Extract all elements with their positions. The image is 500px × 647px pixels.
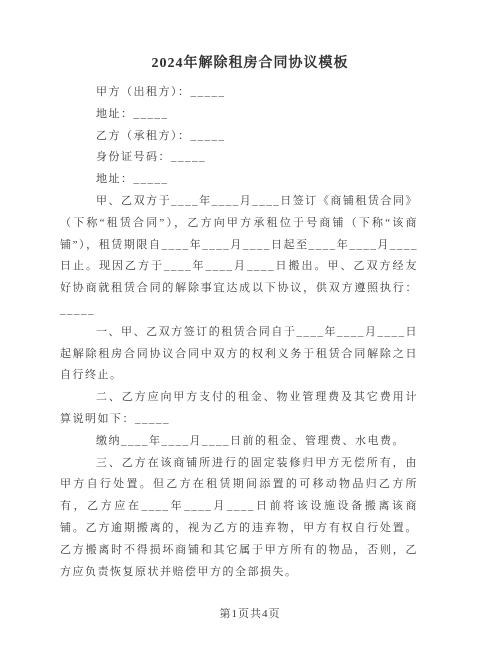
party-info-block: 甲方（出租方）：_____ 地址：_____ 乙方（承租方）：_____ 身份证… bbox=[60, 82, 418, 191]
page-number-footer: 第1页共4页 bbox=[0, 605, 500, 621]
document-page: 2024年解除租房合同协议模板 甲方（出租方）：_____ 地址：_____ 乙… bbox=[0, 0, 500, 647]
contract-paragraph-clause-3: 三、乙方在该商铺所进行的固定装修归甲方无偿所有，由甲方自行处置。但乙方在租赁期间… bbox=[60, 453, 418, 584]
party-line-landlord: 甲方（出租方）：_____ bbox=[60, 82, 418, 104]
contract-paragraph-intro: 甲、乙双方于____年____月____日签订《商铺租赁合同》（下称“租赁合同”… bbox=[60, 191, 418, 322]
party-line-tenant: 乙方（承租方）：_____ bbox=[60, 126, 418, 148]
party-line-landlord-address: 地址：_____ bbox=[60, 104, 418, 126]
contract-paragraph-payment: 缴纳____年____月____日前的租金、管理费、水电费。 bbox=[60, 431, 418, 453]
party-line-tenant-id: 身份证号码：_____ bbox=[60, 147, 418, 169]
party-line-tenant-address: 地址：_____ bbox=[60, 169, 418, 191]
contract-paragraph-clause-1: 一、甲、乙双方签订的租赁合同自于____年____月____日起解除租房合同协议… bbox=[60, 322, 418, 387]
document-title: 2024年解除租房合同协议模板 bbox=[0, 52, 500, 76]
document-body: 甲方（出租方）：_____ 地址：_____ 乙方（承租方）：_____ 身份证… bbox=[60, 82, 418, 583]
contract-paragraph-clause-2: 二、乙方应向甲方支付的租金、物业管理费及其它费用计算说明如下：_____ bbox=[60, 387, 418, 431]
